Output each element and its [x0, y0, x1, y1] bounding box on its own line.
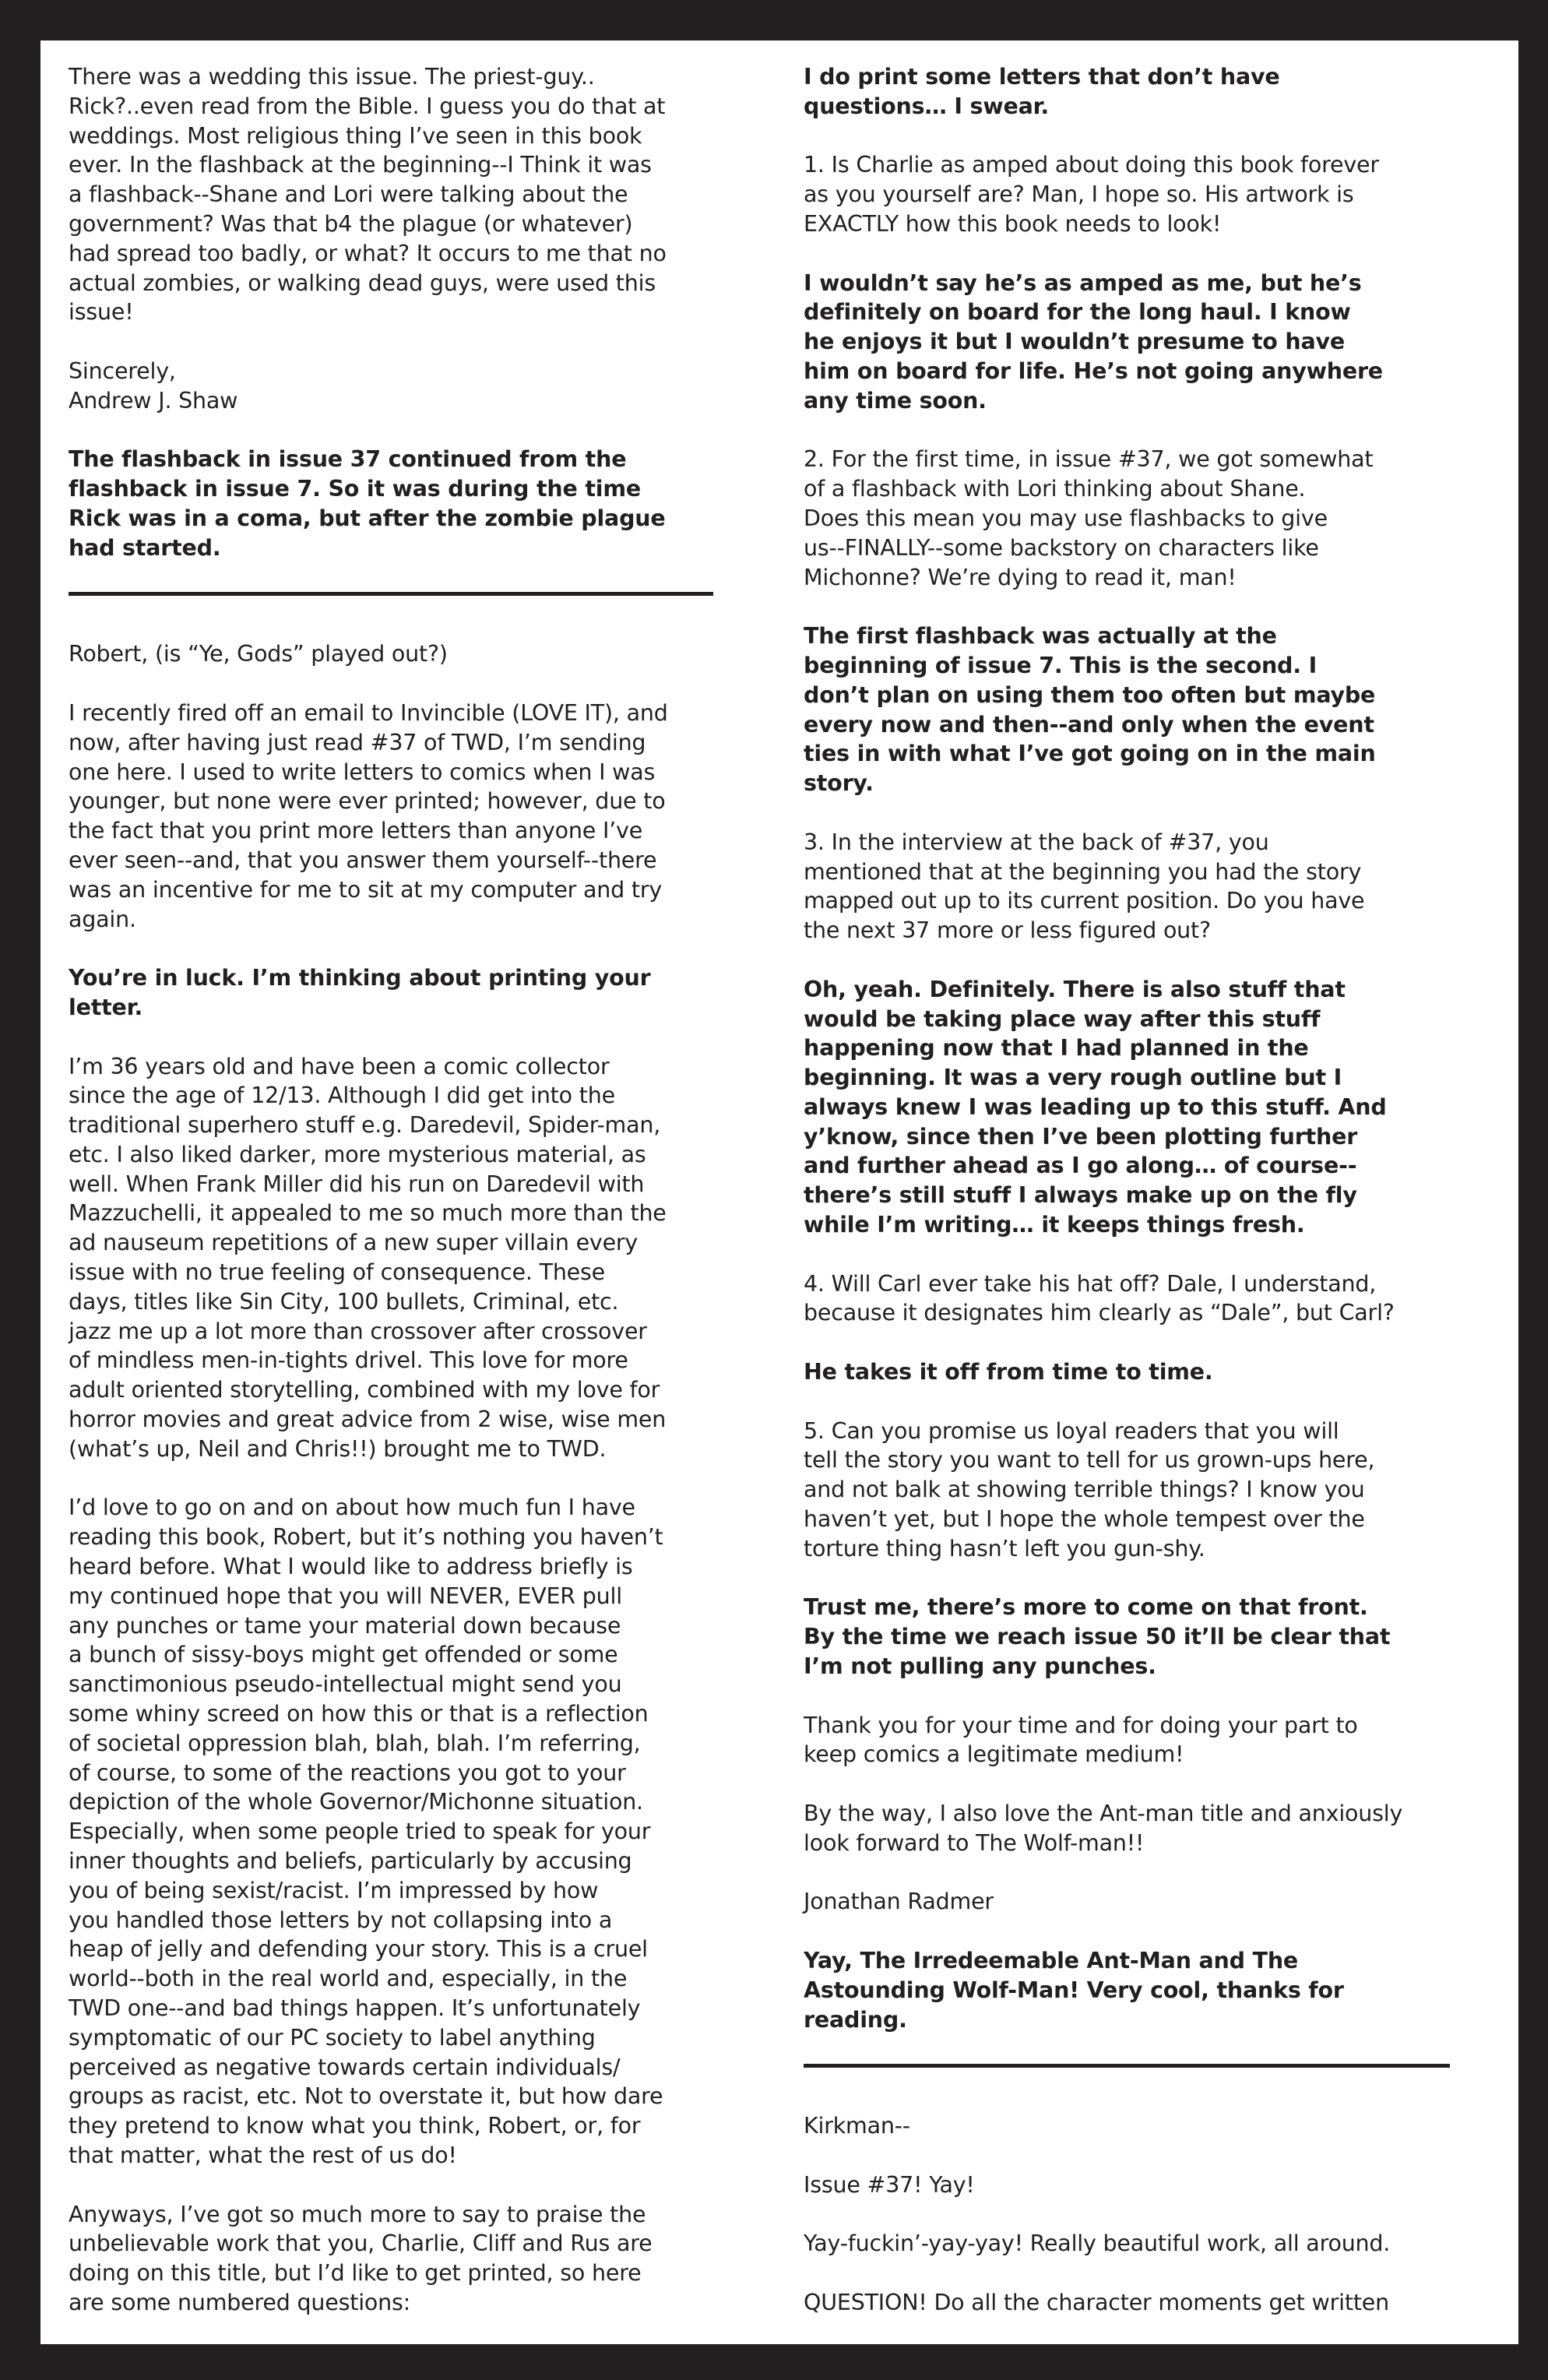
letter-andrew-body: There was a wedding this issue. The prie… [69, 62, 769, 327]
letter-question-start: QUESTION! Do all the character moments g… [804, 2288, 1489, 2318]
letter-issue-yay: Issue #37! Yay! [804, 2171, 1489, 2200]
question-3: 3. In the interview at the back of #37, … [804, 828, 1489, 945]
answer-5: Trust me, there’s more to come on that f… [804, 1593, 1489, 1681]
letter-praise: Yay-fuckin’-yay-yay! Really beautiful wo… [804, 2229, 1489, 2259]
letter-separator [804, 2064, 1450, 2068]
question-1: 1. Is Charlie as amped about doing this … [804, 150, 1489, 238]
reply-andrew: The flashback in issue 37 continued from… [69, 445, 769, 562]
reply-in-luck: You’re in luck. I’m thinking about print… [69, 963, 769, 1023]
letter-jonathan-praise: I’d love to go on and on about how much … [69, 1493, 769, 2170]
letters-page: There was a wedding this issue. The prie… [40, 40, 1518, 2344]
answer-4: He takes it off from time to time. [804, 1357, 1489, 1387]
answer-3: Oh, yeah. Definitely. There is also stuf… [804, 975, 1489, 1240]
letter-separator [69, 592, 713, 596]
letter-jonathan-signature: Jonathan Radmer [804, 1887, 1489, 1917]
letter-jonathan-background: I’m 36 years old and have been a comic c… [69, 1052, 769, 1464]
right-column: I do print some letters that don’t have … [804, 62, 1489, 2347]
letter-jonathan-intro: I recently fired off an email to Invinci… [69, 699, 769, 934]
question-5: 5. Can you promise us loyal readers that… [804, 1417, 1489, 1564]
question-4: 4. Will Carl ever take his hat off? Dale… [804, 1269, 1489, 1329]
letter-kirkman-salutation: Kirkman-- [804, 2111, 1489, 2141]
letter-jonathan-salutation: Robert, (is “Ye, Gods” played out?) [69, 639, 769, 669]
reply-no-questions: I do print some letters that don’t have … [804, 62, 1489, 121]
letter-jonathan-questions-intro: Anyways, I’ve got so much more to say to… [69, 2200, 769, 2318]
letter-jonathan-postscript: By the way, I also love the Ant-man titl… [804, 1799, 1489, 1858]
letter-andrew-signature: Sincerely, Andrew J. Shaw [69, 357, 769, 416]
answer-2: The first flashback was actually at the … [804, 621, 1489, 798]
answer-1: I wouldn’t say he’s as amped as me, but … [804, 269, 1489, 416]
question-2: 2. For the first time, in issue #37, we … [804, 445, 1489, 592]
reply-jonathan-closing: Yay, The Irredeemable Ant-Man and The As… [804, 1946, 1489, 2034]
letter-jonathan-thanks: Thank you for your time and for doing yo… [804, 1711, 1489, 1770]
left-column: There was a wedding this issue. The prie… [69, 62, 769, 2347]
